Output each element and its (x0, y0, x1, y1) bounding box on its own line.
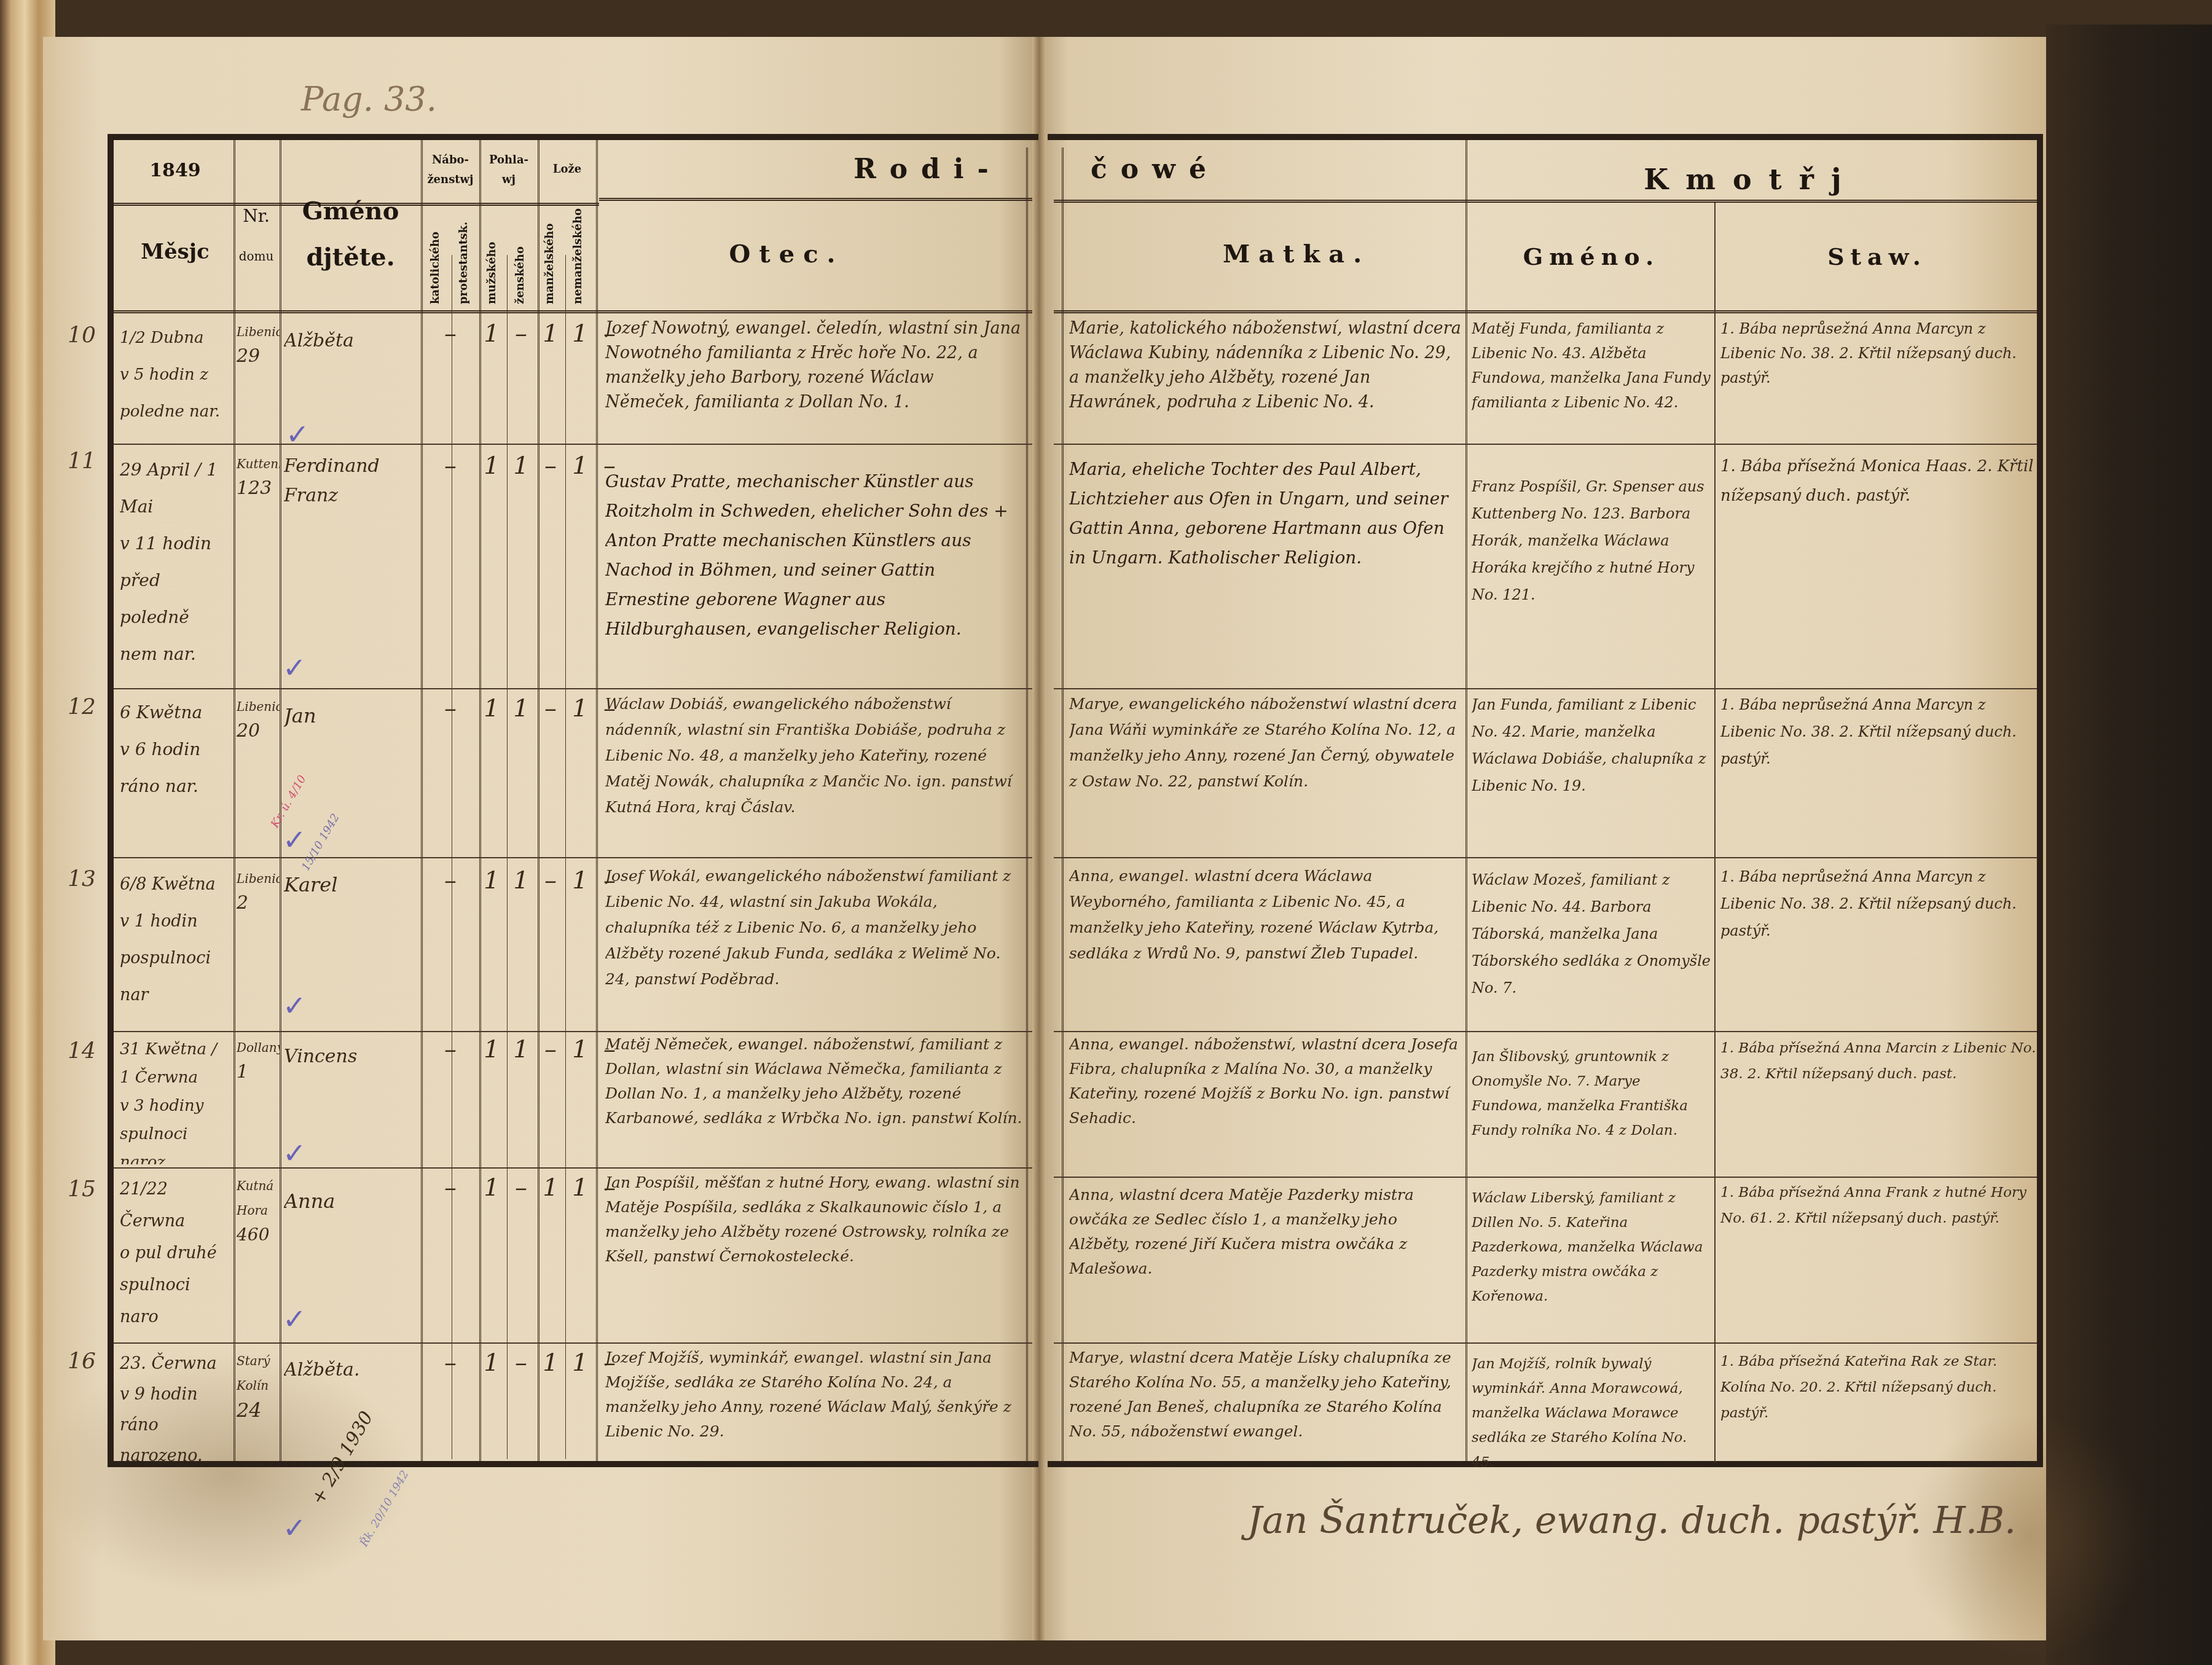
religion-catholic-header: katolického (429, 261, 442, 304)
godparent-status: 1. Bába přísežná Anna Marcin z Libenic N… (1720, 1035, 2040, 1164)
father-details: Josef Wokál, ewangelického náboženstwí f… (605, 863, 1023, 1026)
checkmark-icon: ✓ (283, 823, 307, 856)
page-number: Pag. 33. (301, 80, 437, 119)
entry-number: 15 (68, 1177, 96, 1202)
house-place: Kutná Hora460 (237, 1173, 280, 1272)
mother-details: Anna, ewangel. wlastní dcera Wáclawa Wey… (1069, 863, 1462, 1026)
classification-marks: –11–1– (424, 866, 624, 895)
child-name: Karel (284, 866, 419, 903)
parents-header-left: Rodi- (829, 154, 1026, 185)
checkmark-icon: ✓ (286, 418, 310, 451)
birth-date: 31 Kwětna / 1 Čerwnav 3 hodiny spulnoci … (120, 1035, 230, 1164)
child-name: Jan (284, 697, 419, 734)
entry-number: 11 (68, 449, 96, 474)
father-details: Jozef Nowotný, ewangel. čeledín, wlastní… (605, 316, 1023, 439)
house-place: Libenice2 (237, 866, 280, 965)
classification-marks: –1–11– (424, 1173, 624, 1202)
header-divider (599, 198, 1032, 201)
father-details: Jan Pospíšil, měšťan z hutné Hory, ewang… (605, 1170, 1023, 1336)
child-name: Ferdinand Franz (284, 452, 419, 511)
row-separator (114, 857, 1032, 858)
house-place: Starý Kolín24 (237, 1349, 280, 1471)
year-label: 1849 (120, 160, 230, 181)
child-name: Vincens (284, 1038, 419, 1075)
checkmark-icon: ✓ (283, 989, 307, 1022)
godparent-names: Wáclaw Mozeš, familiant z Libenic No. 44… (1472, 866, 1711, 1029)
sex-male-header: mužského (485, 261, 498, 304)
row-separator (1054, 1342, 2037, 1344)
row-separator (114, 1342, 1032, 1344)
column-line (1465, 140, 1467, 1461)
child-name: Alžběta. (284, 1352, 419, 1389)
house-domu-header: domu (235, 249, 278, 264)
header-bottom-line (1054, 310, 2037, 313)
entry-number: 16 (68, 1349, 96, 1374)
checkmark-icon: ✓ (283, 651, 307, 684)
mother-column-header: Matka. (1167, 240, 1426, 268)
birth-time: v 5 hodin z poledne nar. (120, 366, 220, 421)
pastor-signature: Jan Šantruček, ewang. duch. pastýř. H.B. (1247, 1499, 2016, 1542)
child-name-header: Gméno (281, 197, 420, 225)
godparent-names: Jan Šlibovský, gruntownik z Onomyšle No.… (1472, 1044, 1711, 1173)
birth-date: 23. Čerwnav 9 hodin ráno narozeno. (120, 1349, 230, 1471)
birth-time: v 9 hodin ráno narozeno. (120, 1385, 203, 1465)
illegitimate-header: nemanželského (571, 261, 584, 304)
classification-marks: –1–11– (424, 1349, 624, 1377)
birth-time: v 3 hodiny spulnoci naroz. (120, 1097, 204, 1164)
house-place: Kuttenberg123 (237, 452, 280, 636)
house-place: Libenice20 (237, 694, 280, 793)
birth-time: v 11 hodin před poledně nem nar. (120, 533, 211, 664)
godparent-names: Franz Pospíšil, Gr. Spenser aus Kuttenbe… (1472, 473, 1711, 682)
mother-details: Marye, wlastní dcera Matěje Lísky chalup… (1069, 1346, 1462, 1468)
entry-number: 10 (68, 323, 96, 348)
row-separator (1054, 857, 2037, 858)
classification-marks: –11–1– (424, 694, 624, 723)
father-details: Gustav Pratte, mechanischer Künstler aus… (605, 467, 1023, 676)
father-details: Matěj Němeček, ewangel. náboženstwí, fam… (605, 1032, 1023, 1164)
checkmark-icon: ✓ (283, 1303, 307, 1336)
godparent-status: 1. Bába přísežná Monica Haas. 2. Křtil n… (1720, 452, 2040, 636)
godparent-status: 1. Bába neprůsežná Anna Marcyn z Libenic… (1720, 316, 2040, 439)
checkmark-icon: ✓ (283, 1511, 307, 1545)
godparent-name-header: Gméno. (1472, 243, 1711, 270)
child-name-header-2: djtěte. (281, 243, 420, 272)
godparent-names: Matěj Funda, familianta z Libenic No. 43… (1472, 316, 1711, 439)
column-line (1026, 147, 1028, 1462)
godparents-header: Kmotřj (1475, 163, 2028, 196)
legitimate-header: manželského (543, 261, 556, 304)
religion-header: Nábo- ženstwj (423, 151, 478, 190)
birth-date: 6/8 Kwětnav 1 hodin pospulnoci nar (120, 866, 230, 1029)
godparent-status: 1. Bába neprůsežná Anna Marcyn z Libenic… (1720, 863, 2040, 1026)
column-line (1062, 147, 1064, 1462)
godparent-names: Jan Funda, familiant z Libenic No. 42. M… (1472, 691, 1711, 851)
column-line (233, 140, 235, 1461)
header-bottom-line (114, 310, 1032, 313)
column-line (421, 140, 423, 1461)
religion-protestant-header: protestantsk. (457, 261, 470, 304)
father-details: Wáclaw Dobiáš, ewangelického náboženstwí… (605, 691, 1023, 851)
entry-number: 12 (68, 694, 96, 719)
row-separator (1054, 688, 2037, 689)
parents-header-right: čowé (1063, 154, 1247, 185)
godparent-names: Wáclaw Liberský, familiant z Dillen No. … (1472, 1186, 1711, 1339)
house-place: Dollany1 (237, 1035, 280, 1134)
row-separator (114, 688, 1032, 689)
column-line (1714, 203, 1716, 1462)
mother-details: Marie, katolického náboženstwí, wlastní … (1069, 316, 1462, 439)
child-name: Alžběta (284, 323, 419, 359)
godparent-names: Jan Mojžíš, rolník bywalý wyminkář. Anna… (1472, 1352, 1711, 1475)
birth-date: 29 April / 1 Maiv 11 hodin před poledně … (120, 452, 230, 685)
row-separator (1054, 1177, 2037, 1178)
godparent-status: 1. Bába neprůsežná Anna Marcyn z Libenic… (1720, 691, 2040, 851)
classification-marks: –1–11– (424, 319, 624, 348)
row-separator (114, 1167, 1032, 1169)
mother-details: Anna, ewangel. náboženstwí, wlastní dcer… (1069, 1032, 1462, 1164)
birth-time: v 6 hodin ráno nar. (120, 739, 200, 796)
row-separator (114, 444, 1032, 445)
classification-marks: –11–1– (424, 1035, 624, 1064)
house-nr-header: Nr. (235, 206, 278, 226)
godparent-status: 1. Bába přísežná Kateřina Rak ze Star. K… (1720, 1349, 2040, 1441)
entry-number: 14 (68, 1038, 96, 1064)
book-cover (2046, 25, 2212, 1665)
sex-female-header: ženského (514, 261, 527, 304)
father-column-header: Otec. (664, 240, 909, 268)
birth-date: 21/22 Čerwnao pul druhé spulnoci naro (120, 1173, 230, 1339)
godparent-status-header: Staw. (1717, 243, 2037, 270)
month-column-header: Měsjc (120, 240, 230, 264)
checkmark-icon: ✓ (283, 1137, 307, 1170)
birth-time: o pul druhé spulnoci naro (120, 1244, 217, 1326)
birth-date: 6 Kwětnav 6 hodin ráno nar. (120, 694, 230, 854)
bed-header: Lože (539, 163, 595, 176)
entry-number: 13 (68, 866, 96, 891)
father-details: Jozef Mojžíš, wyminkář, ewangel. wlastní… (605, 1346, 1023, 1468)
godparent-status: 1. Bába přísežná Anna Frank z hutné Hory… (1720, 1180, 2040, 1333)
mother-details: Marye, ewangelického náboženstwí wlastní… (1069, 691, 1462, 851)
mother-details: Anna, wlastní dcera Matěje Pazderky mist… (1069, 1183, 1462, 1336)
sex-header: Pohla- wj (481, 151, 536, 190)
row-separator (1054, 444, 2037, 445)
birth-time: v 1 hodin pospulnoci nar (120, 912, 211, 1005)
classification-marks: –11–1– (424, 452, 624, 480)
child-name: Anna (284, 1183, 419, 1220)
birth-date: 1/2 Dubnav 5 hodin z poledne nar. (120, 319, 230, 436)
house-place: Libenice29 (237, 319, 280, 436)
header-divider (1054, 200, 2037, 203)
mother-details: Maria, eheliche Tochter des Paul Albert,… (1069, 455, 1462, 664)
